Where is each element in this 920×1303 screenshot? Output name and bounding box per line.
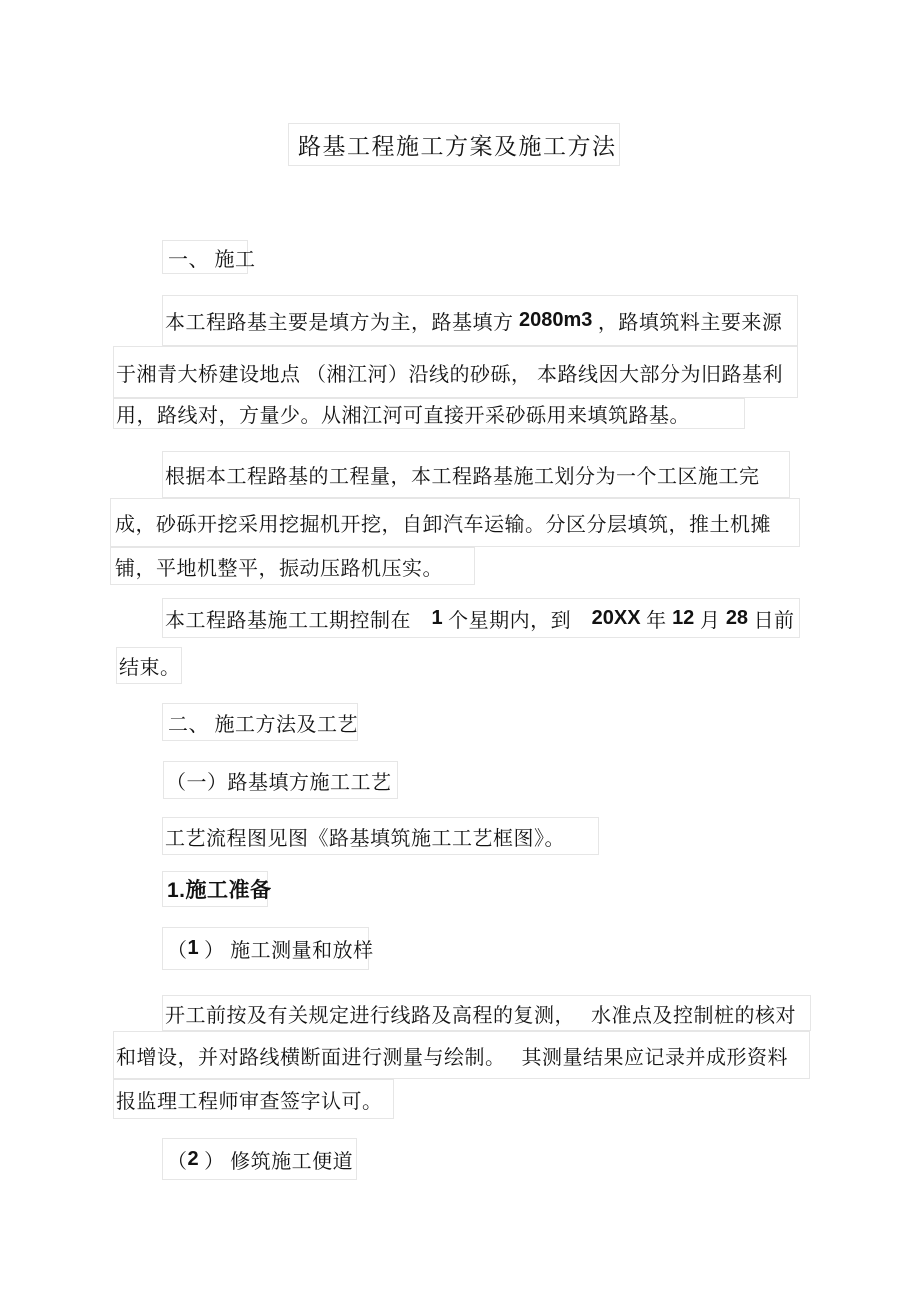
para-2-line-1-text: 根据本工程路基的工程量，本工程路基施工划分为一个工区施工完 [165, 460, 760, 489]
section-1-heading-text: 一、 施工 [168, 243, 256, 272]
para-2-line-3: 铺，平地机整平，振动压路机压实。 [110, 547, 475, 585]
para-1-line-3-text: 用，路线对，方量少。从湘江河可直接开采砂砾用来填筑路基。 [116, 399, 690, 428]
deadline-day-value: 28 [726, 607, 748, 630]
section-2-sub-heading-text: （一）路基填方施工工艺 [166, 766, 392, 795]
para-3-line-1-mid2: 年 [641, 604, 673, 633]
para-3-line-1-mid1: 个星期内，到 [443, 604, 592, 633]
item-1-heading: （1 ） 施工测量和放样 [162, 927, 369, 970]
deadline-year-value: 20XX [592, 607, 641, 630]
para-3-line-2-text: 结束。 [119, 651, 181, 680]
para-4-line-3-text: 报监理工程师审查签字认可。 [116, 1085, 383, 1114]
para-1-line-1-tail: ，路填筑料主要来源 [592, 306, 782, 335]
section-1-heading: 一、 施工 [162, 240, 248, 274]
para-1-line-1: 本工程路基主要是填方为主，路基填方 2080m3 ，路填筑料主要来源 [162, 295, 798, 346]
duration-weeks-value: 1 [432, 607, 443, 630]
section-2-heading-text: 二、 施工方法及工艺 [168, 708, 358, 737]
item-1-number: 1 [188, 937, 199, 960]
para-2-line-2: 成，砂砾开挖采用挖掘机开挖，自卸汽车运输。分区分层填筑，推土机摊 [110, 498, 800, 547]
section-2-sub-heading: （一）路基填方施工工艺 [163, 761, 398, 799]
para-4-line-2-text: 和增设，并对路线横断面进行测量与绘制。 其测量结果应记录并成形资料 [116, 1041, 788, 1070]
item-2-heading-text: ） 修筑施工便道 [199, 1145, 354, 1174]
para-3-line-1: 本工程路基施工工期控制在 1 个星期内，到 20XX 年 12 月 28 日前 [162, 598, 800, 638]
para-4-line-1: 开工前按及有关规定进行线路及高程的复测， 水准点及控制桩的核对 [162, 995, 811, 1031]
para-3-line-1-mid3: 月 [694, 604, 726, 633]
para-1-line-2: 于湘青大桥建设地点 （湘江河）沿线的砂砾， 本路线因大部分为旧路基利 [113, 346, 798, 398]
para-4-line-3: 报监理工程师审查签字认可。 [113, 1079, 394, 1119]
para-1-line-2-text: 于湘青大桥建设地点 （湘江河）沿线的砂砾， 本路线因大部分为旧路基利 [116, 358, 783, 387]
document-page: 路基工程施工方案及施工方法 一、 施工 本工程路基主要是填方为主，路基填方 20… [0, 0, 920, 1303]
para-2-line-2-text: 成，砂砾开挖采用挖掘机开挖，自卸汽车运输。分区分层填筑，推土机摊 [115, 508, 771, 537]
document-title-text: 路基工程施工方案及施工方法 [298, 128, 617, 161]
para-4-line-2: 和增设，并对路线横断面进行测量与绘制。 其测量结果应记录并成形资料 [113, 1031, 810, 1079]
para-1-line-3: 用，路线对，方量少。从湘江河可直接开采砂砾用来填筑路基。 [113, 398, 745, 429]
prep-heading: 1.施工准备 [162, 871, 268, 907]
para-2-line-1: 根据本工程路基的工程量，本工程路基施工划分为一个工区施工完 [162, 451, 790, 498]
para-3-line-1-tail: 日前 [748, 604, 795, 633]
document-title: 路基工程施工方案及施工方法 [288, 123, 620, 166]
item-1-open-paren: （ [167, 934, 188, 963]
item-2-open-paren: （ [167, 1145, 188, 1174]
item-2-number: 2 [188, 1148, 199, 1171]
item-2-heading: （2 ） 修筑施工便道 [162, 1138, 357, 1180]
flow-chart-note: 工艺流程图见图《路基填筑施工工艺框图》。 [162, 817, 599, 855]
para-3-line-1-text: 本工程路基施工工期控制在 [165, 604, 432, 633]
section-2-heading: 二、 施工方法及工艺 [162, 703, 358, 741]
para-2-line-3-text: 铺，平地机整平，振动压路机压实。 [115, 552, 443, 581]
prep-heading-text: 1.施工准备 [167, 874, 272, 904]
para-4-line-1-text: 开工前按及有关规定进行线路及高程的复测， 水准点及控制桩的核对 [165, 999, 796, 1028]
fill-volume-value: 2080m3 [519, 309, 592, 332]
flow-chart-note-text: 工艺流程图见图《路基填筑施工工艺框图》。 [165, 822, 565, 851]
item-1-heading-text: ） 施工测量和放样 [199, 934, 374, 963]
para-3-line-2: 结束。 [116, 647, 182, 684]
para-1-line-1-text: 本工程路基主要是填方为主，路基填方 [165, 306, 519, 335]
deadline-month-value: 12 [672, 607, 694, 630]
